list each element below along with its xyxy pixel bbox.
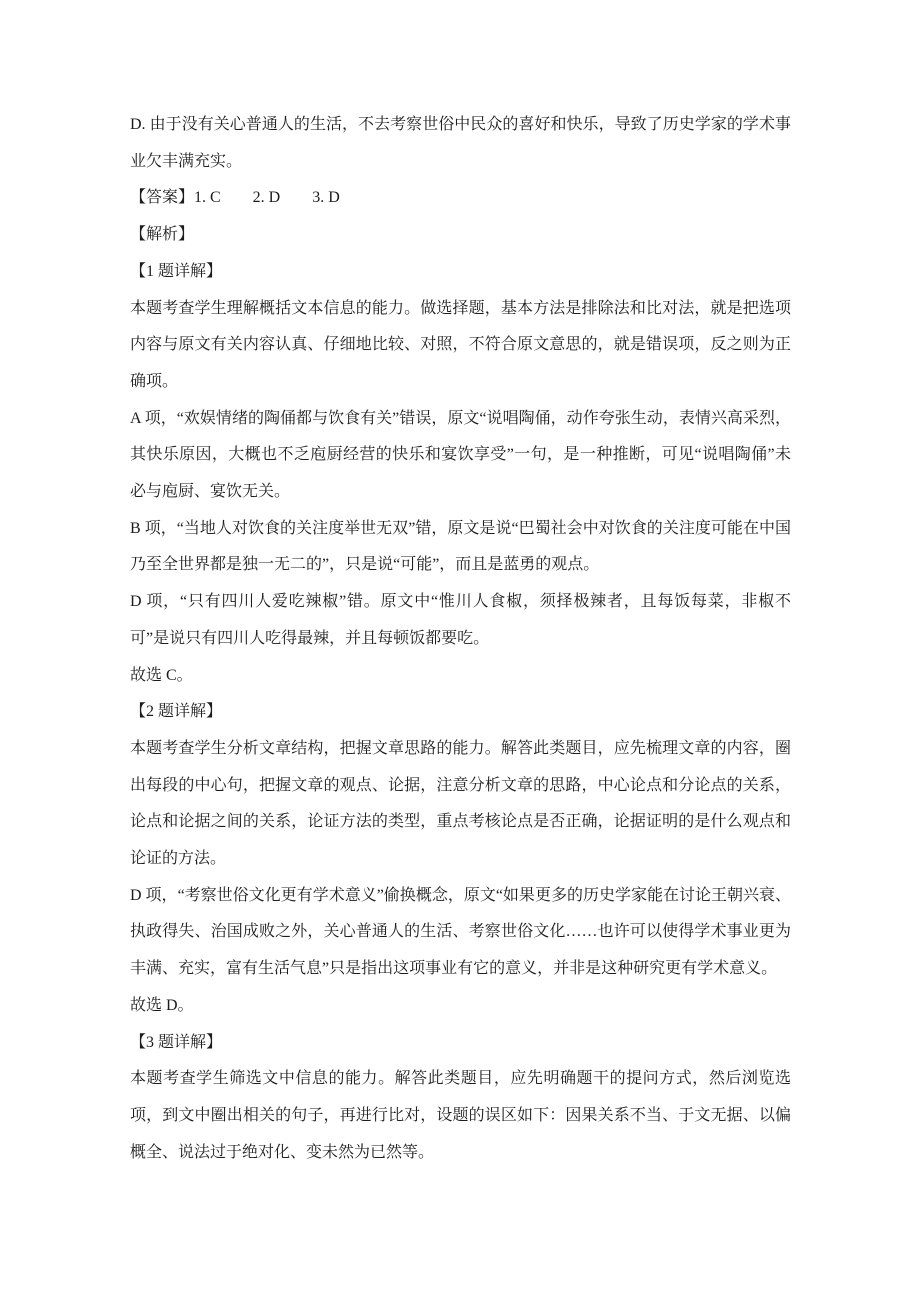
question-1-option-d-text: D 项，“只有四川人爱吃辣椒”错。原文中“惟川人食椒，须择极辣者，且每饭每菜，非… [130, 584, 791, 657]
answer-line: 【答案】1. C 2. D 3. D [130, 180, 791, 217]
question-2-conclusion: 故选 D。 [130, 988, 791, 1025]
question-1-conclusion: 故选 C。 [130, 658, 791, 695]
question-2-option-d-text: D 项，“考察世俗文化更有学术意义”偷换概念，原文“如果更多的历史学家能在讨论王… [130, 878, 791, 988]
question-2-method-text: 本题考查学生分析文章结构，把握文章思路的能力。解答此类题目，应先梳理文章的内容，… [130, 731, 791, 878]
question-1-option-b-text: B 项，“当地人对饮食的关注度举世无双”错，原文是说“巴蜀社会中对饮食的关注度可… [130, 511, 791, 584]
question-1-option-a-text: A 项，“欢娱情绪的陶俑都与饮食有关”错误，原文“说唱陶俑，动作夸张生动，表情兴… [130, 401, 791, 511]
question-2-detail-label: 【2 题详解】 [130, 694, 791, 731]
analysis-label: 【解析】 [130, 217, 791, 254]
document-content: D. 由于没有关心普通人的生活，不去考察世俗中民众的喜好和快乐，导致了历史学家的… [130, 107, 791, 1171]
question-3-detail-label: 【3 题详解】 [130, 1025, 791, 1062]
question-1-method-text: 本题考查学生理解概括文本信息的能力。做选择题，基本方法是排除法和比对法，就是把选… [130, 291, 791, 401]
option-d-text: D. 由于没有关心普通人的生活，不去考察世俗中民众的喜好和快乐，导致了历史学家的… [130, 107, 791, 180]
question-1-detail-label: 【1 题详解】 [130, 254, 791, 291]
question-3-method-text: 本题考查学生筛选文中信息的能力。解答此类题目，应先明确题干的提问方式，然后浏览选… [130, 1061, 791, 1171]
document-page: D. 由于没有关心普通人的生活，不去考察世俗中民众的喜好和快乐，导致了历史学家的… [0, 0, 920, 1302]
